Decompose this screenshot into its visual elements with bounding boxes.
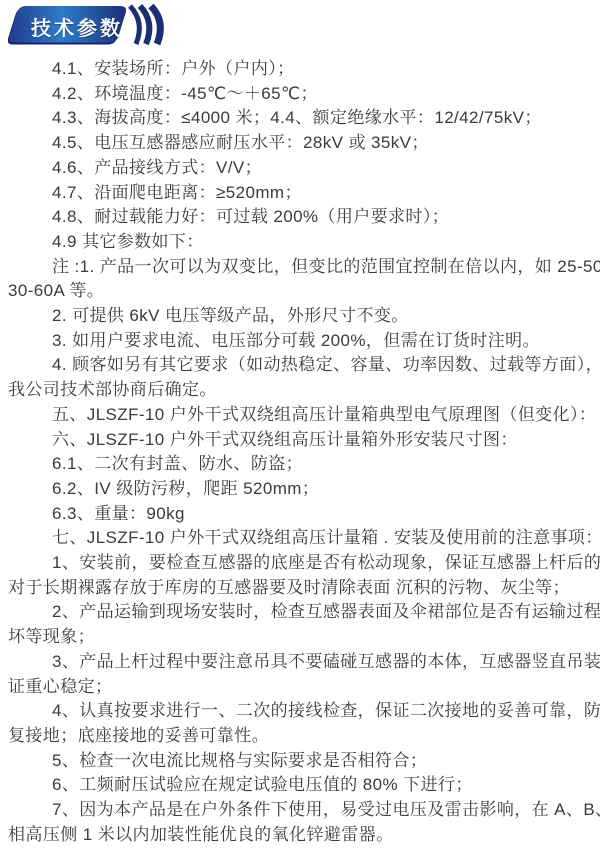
text-line: 对于长期裸露存放于库房的互感器要及时清除表面 沉积的污物、灰尘等； (8, 576, 586, 601)
text-line: 5、检查一次电流比规格与实际要求是否相符合； (8, 749, 586, 774)
text-line: 4.2、环境温度：-45℃～＋65℃； (8, 82, 586, 107)
text-line: 30-60A 等。 (8, 279, 586, 304)
text-line: 4.8、耐过载能力好：可过载 200%（用户要求时）； (8, 205, 586, 230)
text-line: 6.1、二次有封盖、防水、防盗； (8, 452, 586, 477)
text-line: 2、产品运输到现场安装时，检查互感器表面及伞裙部位是否有运输过程中损 (8, 600, 586, 625)
document-body: 4.1、安装场所：户外（户内）；4.2、环境温度：-45℃～＋65℃；4.3、海… (8, 57, 586, 848)
text-line: 6、工频耐压试验应在规定试验电压值的 80% 下进行； (8, 773, 586, 798)
text-line: 6.2、IV 级防污秽，爬距 520mm； (8, 477, 586, 502)
text-line: 4.5、电压互感器感应耐压水平：28kV 或 35kV； (8, 131, 586, 156)
text-line: 复接地；底座接地的妥善可靠性。 (8, 724, 586, 749)
section-banner: 技术参数 (8, 3, 172, 47)
text-line: 7、因为本产品是在户外条件下使用，易受过电压及雷击影响，在 A、B、C 三 (8, 798, 586, 823)
text-line: 我公司技术部协商后确定。 (8, 378, 586, 403)
text-line: 4.3、海拔高度：≤4000 米；4.4、额定绝缘水平：12/42/75kV； (8, 106, 586, 131)
text-line: 3. 如用户要求电流、电压部分可载 200%，但需在订货时注明。 (8, 329, 586, 354)
text-line: 五、JLSZF-10 户外干式双绕组高压计量箱典型电气原理图（但变化）： (8, 403, 586, 428)
text-line: 注 :1. 产品一次可以为双变比，但变比的范围宜控制在倍以内，如 25-50A … (8, 255, 586, 280)
text-line: 相高压侧 1 米以内加装性能优良的氧化锌避雷器。 (8, 823, 586, 848)
text-line: 2. 可提供 6kV 电压等级产品，外形尺寸不变。 (8, 304, 586, 329)
text-line: 4.9 其它参数如下： (8, 230, 586, 255)
text-line: 七、JLSZF-10 户外干式双绕组高压计量箱 . 安装及使用前的注意事项： (8, 526, 586, 551)
text-line: 4.7、沿面爬电距离：≥520mm； (8, 181, 586, 206)
text-line: 坏等现象； (8, 625, 586, 650)
banner-title: 技术参数 (29, 12, 125, 41)
text-line: 证重心稳定； (8, 675, 586, 700)
text-line: 4.1、安装场所：户外（户内）； (8, 57, 586, 82)
text-line: 6.3、重量：90kg (8, 502, 586, 527)
text-line: 六、JLSZF-10 户外干式双绕组高压计量箱外形安装尺寸图： (8, 428, 586, 453)
text-line: 4.6、产品接线方式：V/V； (8, 156, 586, 181)
manual-page: 技术参数 4.1、安装场所：户外（户内）；4.2、环境温度：-45℃～＋65℃；… (0, 0, 600, 860)
text-line: 3、产品上杆过程中要注意吊具不要磕碰互感器的本体，互感器竖直吊装，保 (8, 650, 586, 675)
text-line: 4、认真按要求进行一、二次的接线检查，保证二次接地的妥善可靠，防止重 (8, 699, 586, 724)
text-line: 4. 顾客如另有其它要求（如动热稳定、容量、功率因数、过载等方面），可与 (8, 353, 586, 378)
text-line: 1、安装前，要检查互感器的底座是否有松动现象，保证互感器上杆后的稳固性， (8, 551, 586, 576)
